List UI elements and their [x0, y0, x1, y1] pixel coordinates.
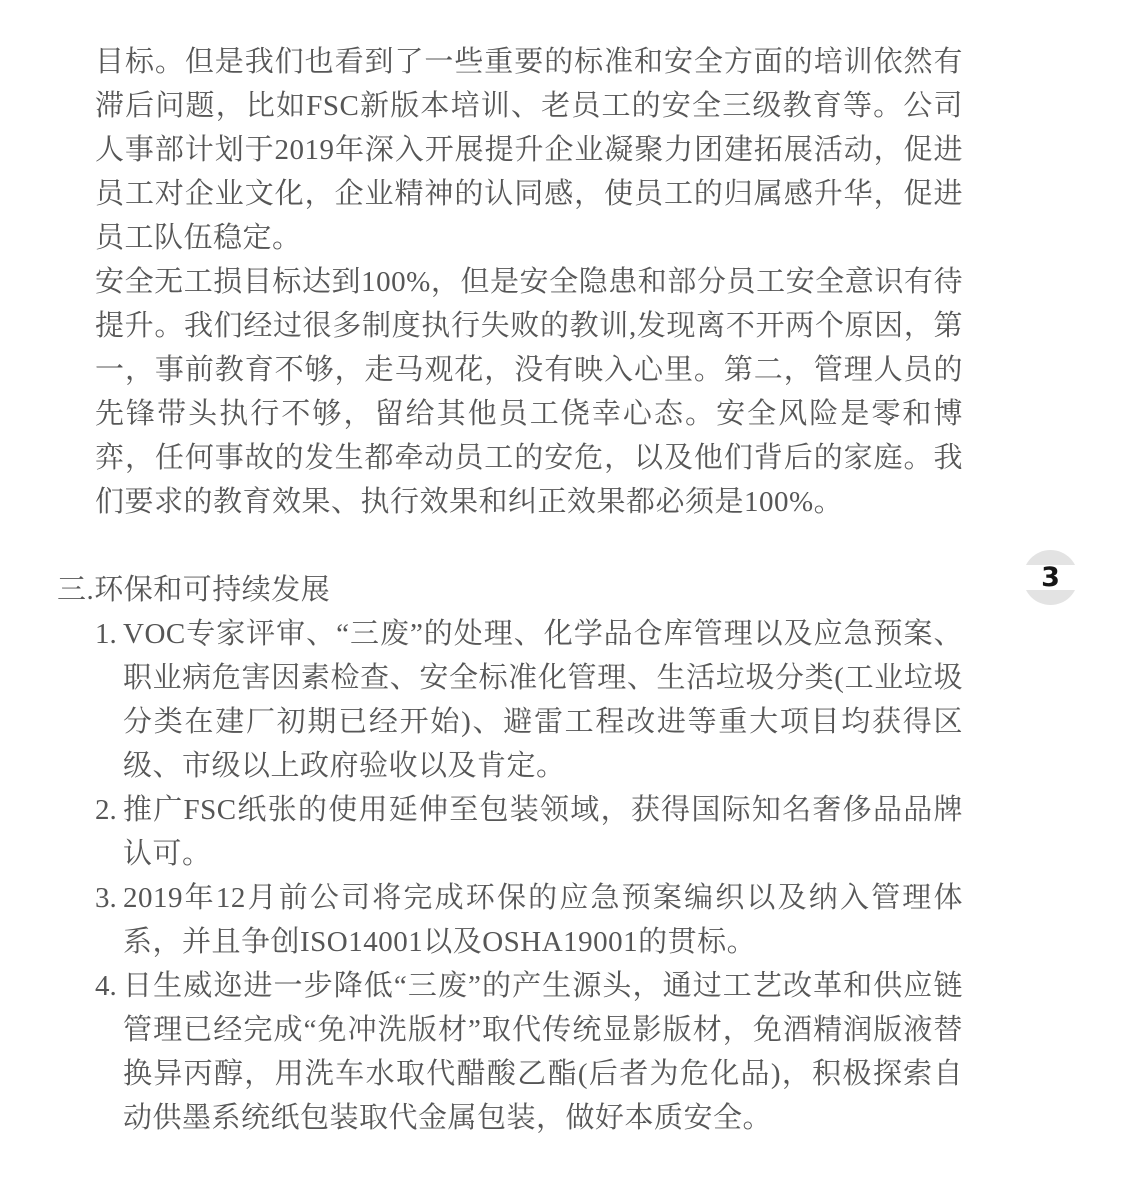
list-item-number: 2.: [95, 788, 123, 832]
list-item: 4. 日生威迩进一步降低“三废”的产生源头，通过工艺改革和供应链管理已经完成“免…: [95, 964, 963, 1140]
list-item-number: 3.: [95, 876, 123, 920]
page-number-badge: 3: [1023, 550, 1078, 605]
page-content: 目标。但是我们也看到了一些重要的标准和安全方面的培训依然有滞后问题，比如FSC新…: [95, 40, 963, 1140]
numbered-list: 1. VOC专家评审、“三废”的处理、化学品仓库管理以及应急预案、职业病危害因素…: [95, 612, 963, 1140]
list-item-text: VOC专家评审、“三废”的处理、化学品仓库管理以及应急预案、职业病危害因素检查、…: [123, 612, 963, 788]
list-item: 2. 推广FSC纸张的使用延伸至包装领域，获得国际知名奢侈品品牌认可。: [95, 788, 963, 876]
list-item-number: 4.: [95, 964, 123, 1008]
list-item-text: 日生威迩进一步降低“三废”的产生源头，通过工艺改革和供应链管理已经完成“免冲洗版…: [123, 964, 963, 1140]
page-number: 3: [1041, 565, 1060, 590]
list-item: 1. VOC专家评审、“三废”的处理、化学品仓库管理以及应急预案、职业病危害因素…: [95, 612, 963, 788]
document-page: 目标。但是我们也看到了一些重要的标准和安全方面的培训依然有滞后问题，比如FSC新…: [0, 0, 1144, 1200]
paragraph-safety-goal: 安全无工损目标达到100%，但是安全隐患和部分员工安全意识有待提升。我们经过很多…: [95, 260, 963, 524]
page-badge-band: 3: [1017, 565, 1084, 590]
list-item-number: 1.: [95, 612, 123, 656]
list-item-text: 2019年12月前公司将完成环保的应急预案编织以及纳入管理体系，并且争创ISO1…: [123, 876, 963, 964]
paragraph-safety-training: 目标。但是我们也看到了一些重要的标准和安全方面的培训依然有滞后问题，比如FSC新…: [95, 40, 963, 260]
list-item: 3. 2019年12月前公司将完成环保的应急预案编织以及纳入管理体系，并且争创I…: [95, 876, 963, 964]
section-heading-environment: 三.环保和可持续发展: [57, 568, 963, 612]
list-item-text: 推广FSC纸张的使用延伸至包装领域，获得国际知名奢侈品品牌认可。: [123, 788, 963, 876]
